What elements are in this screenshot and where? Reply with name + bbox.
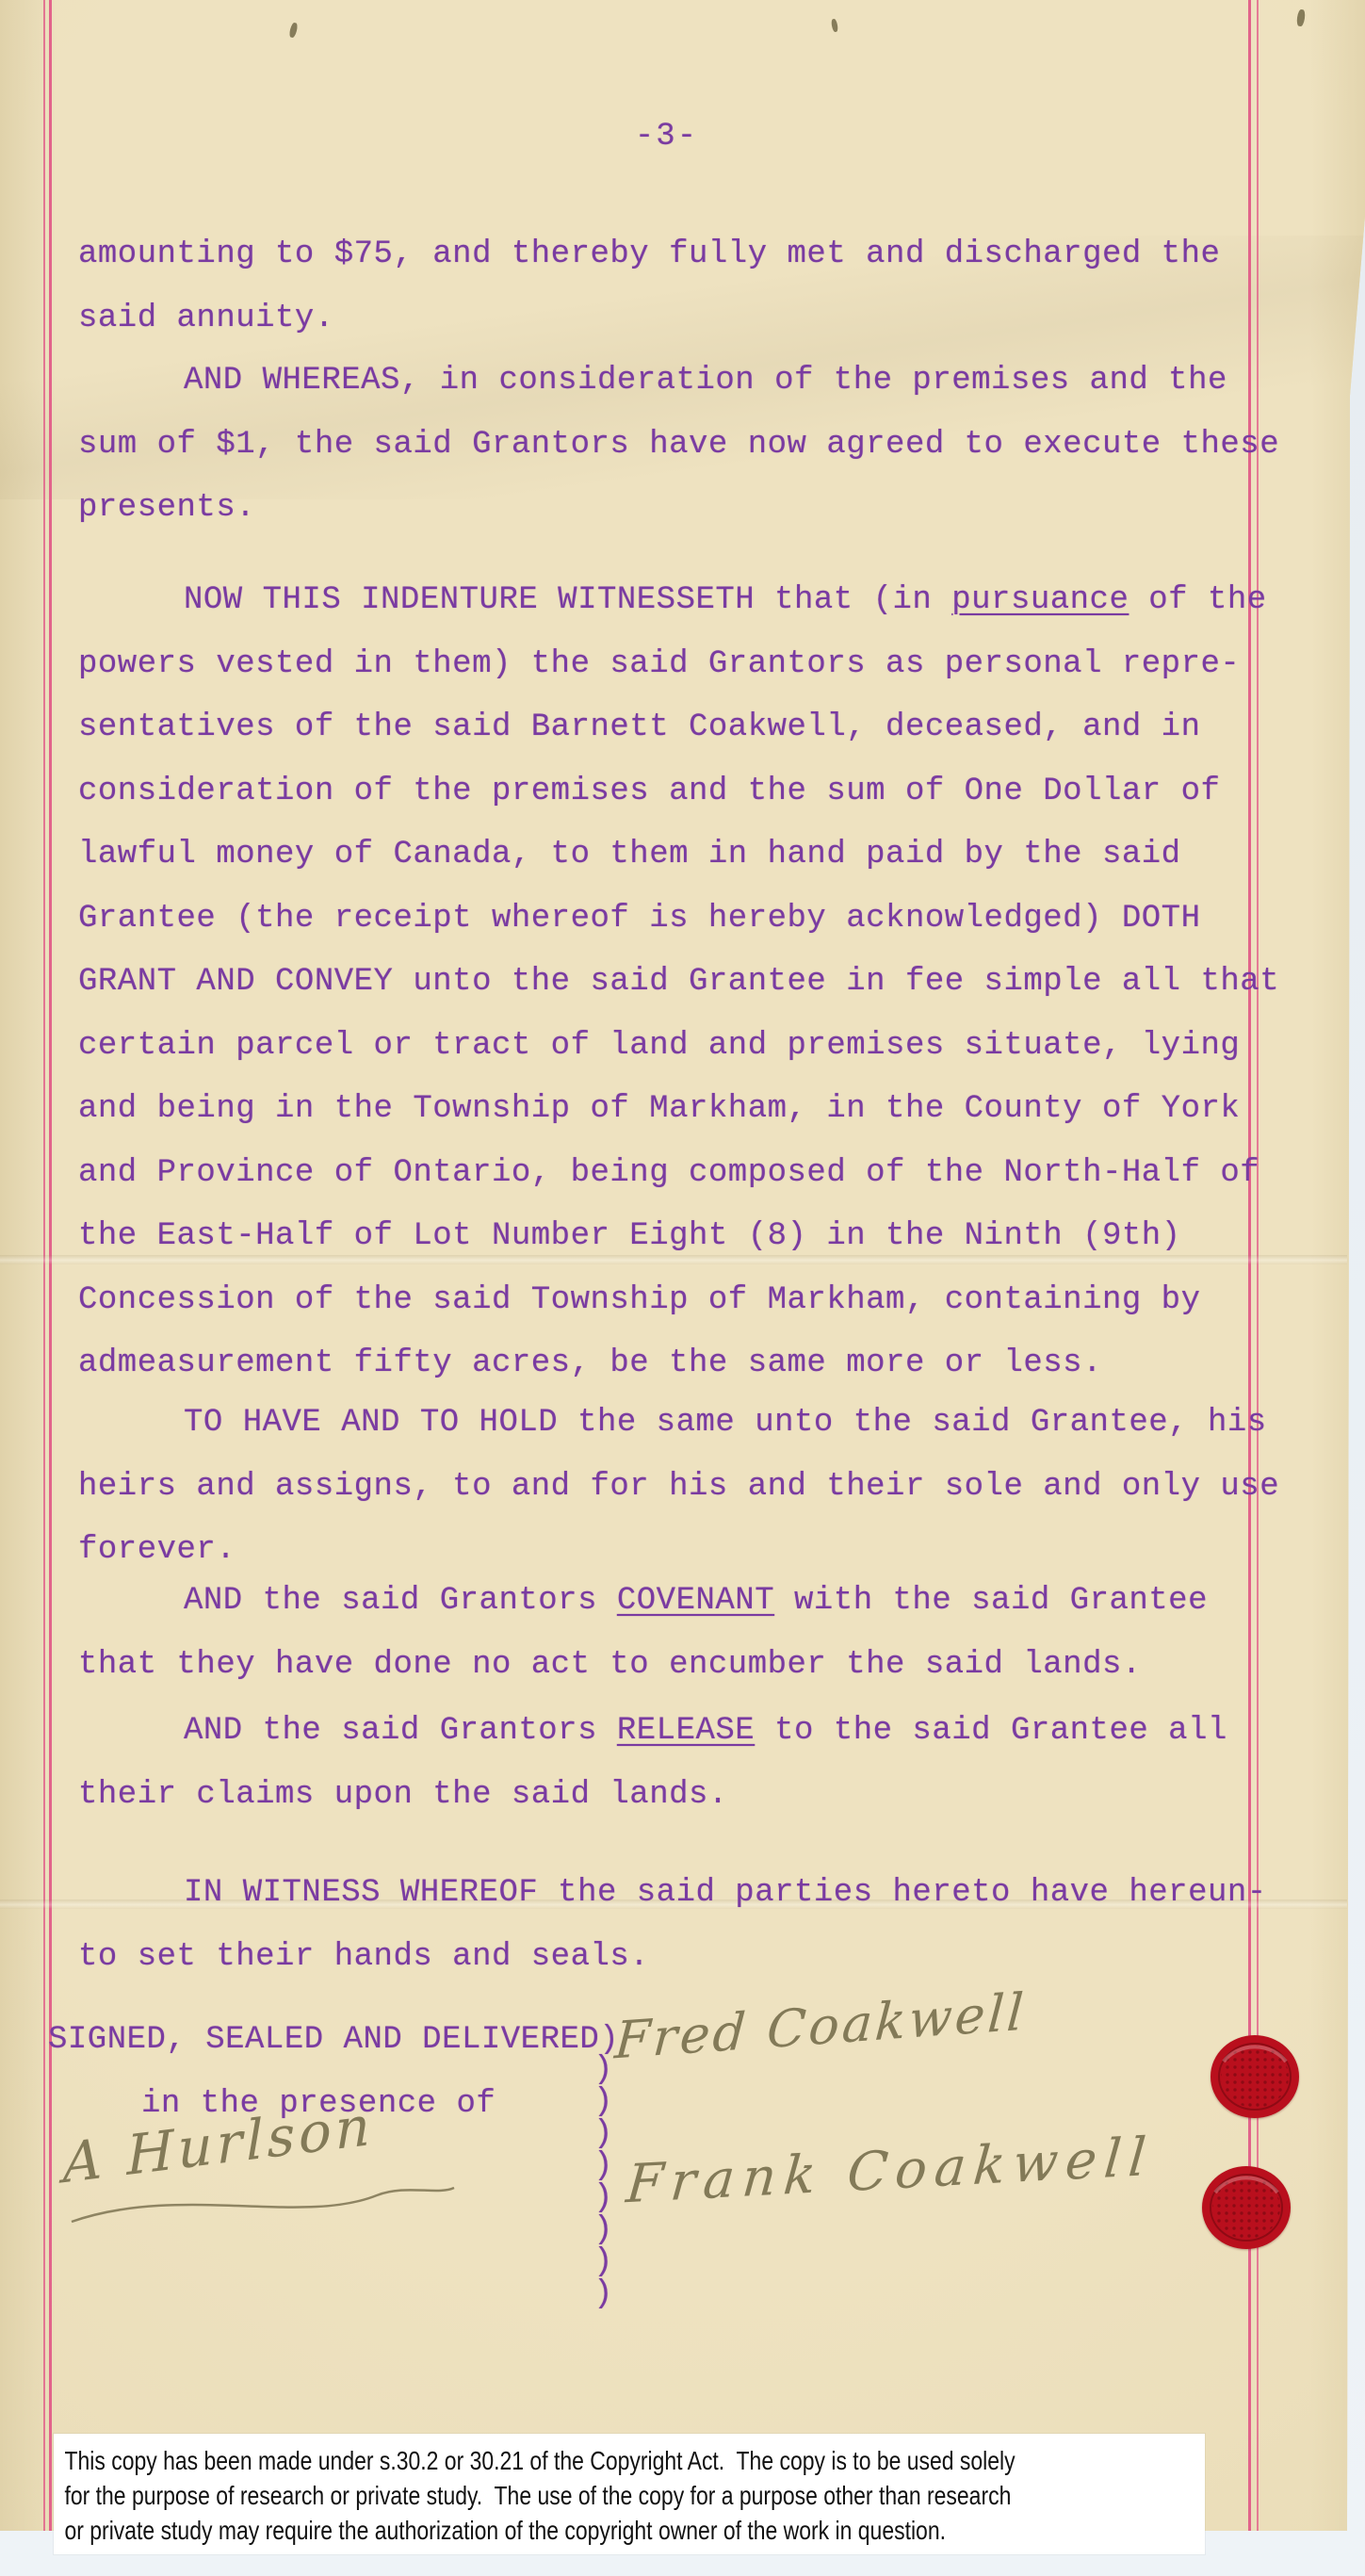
wax-seal-icon <box>1209 2033 1301 2120</box>
paragraph-annuity: amounting to $75, and thereby fully met … <box>78 223 1265 351</box>
paragraph-release: AND the said Grantors RELEASE to the sai… <box>78 1700 1265 1827</box>
document-line: certain parcel or tract of land and prem… <box>78 1015 1265 1079</box>
brace-column: )))))))) <box>593 2054 612 2310</box>
document-line: and Province of Ontario, being composed … <box>78 1142 1265 1206</box>
document-line: sum of $1, the said Grantors have now ag… <box>78 414 1265 478</box>
document-line: TO HAVE AND TO HOLD the same unto the sa… <box>78 1392 1265 1456</box>
document-line: admeasurement fifty acres, be the same m… <box>78 1332 1265 1396</box>
signed-sealed-delivered-line: SIGNED, SEALED AND DELIVERED) <box>48 2022 619 2058</box>
paper-sheet: -3- amounting to $75, and thereby fully … <box>0 0 1365 2531</box>
brace-char: ) <box>593 2246 612 2278</box>
brace-char: ) <box>593 2182 612 2214</box>
paragraph-habendum: TO HAVE AND TO HOLD the same unto the sa… <box>78 1392 1265 1583</box>
brace-char: ) <box>593 2054 612 2086</box>
brace-char: ) <box>593 2086 612 2118</box>
document-line: AND the said Grantors RELEASE to the sai… <box>78 1700 1265 1764</box>
copyright-notice-line: for the purpose of research or private s… <box>64 2478 986 2513</box>
brace-char: ) <box>593 2118 612 2150</box>
document-line: AND the said Grantors COVENANT with the … <box>78 1570 1265 1634</box>
paragraph-witness: IN WITNESS WHEREOF the said parties here… <box>78 1862 1265 1989</box>
document-line: that they have done no act to encumber t… <box>78 1634 1265 1698</box>
document-line: consideration of the premises and the su… <box>78 760 1265 824</box>
document-line: lawful money of Canada, to them in hand … <box>78 823 1265 888</box>
document-line: Concession of the said Township of Markh… <box>78 1269 1265 1333</box>
document-line: amounting to $75, and thereby fully met … <box>78 223 1265 287</box>
brace-char: ) <box>593 2150 612 2182</box>
document-line: Grantee (the receipt whereof is hereby a… <box>78 888 1265 952</box>
paragraph-whereas: AND WHEREAS, in consideration of the pre… <box>78 350 1265 541</box>
paragraph-covenant: AND the said Grantors COVENANT with the … <box>78 1570 1265 1697</box>
document-line: NOW THIS INDENTURE WITNESSETH that (in p… <box>78 569 1265 633</box>
left-margin-rule-inner <box>49 0 52 2531</box>
document-line: said annuity. <box>78 287 1265 351</box>
copyright-notice: This copy has been made under s.30.2 or … <box>54 2434 1205 2554</box>
copyright-notice-line: This copy has been made under s.30.2 or … <box>64 2443 986 2478</box>
document-line: IN WITNESS WHEREOF the said parties here… <box>78 1862 1265 1926</box>
left-margin-rule-outer <box>43 0 45 2531</box>
speck <box>1296 9 1306 27</box>
speck <box>831 19 838 33</box>
document-line: to set their hands and seals. <box>78 1926 1265 1990</box>
document-line: heirs and assigns, to and for his and th… <box>78 1456 1265 1520</box>
wax-seal-icon <box>1200 2164 1292 2251</box>
copyright-notice-line: or private study may require the authori… <box>64 2513 986 2548</box>
brace-char: ) <box>593 2214 612 2246</box>
speck <box>288 22 299 38</box>
grantor-signature-frank: Frank Coakwell <box>624 2127 1156 2216</box>
page-number: -3- <box>85 119 1248 155</box>
document-line: presents. <box>78 477 1265 541</box>
document-line: AND WHEREAS, in consideration of the pre… <box>78 350 1265 414</box>
signature-flourish <box>66 2167 462 2233</box>
copyright-notice-text: This copy has been made under s.30.2 or … <box>54 2434 998 2557</box>
document-line: GRANT AND CONVEY unto the said Grantee i… <box>78 951 1265 1015</box>
paragraph-indenture: NOW THIS INDENTURE WITNESSETH that (in p… <box>78 569 1265 1396</box>
brace-char: ) <box>593 2278 612 2310</box>
grantor-signature-fred: Fred Coakwell <box>613 1981 1029 2070</box>
document-line: powers vested in them) the said Grantors… <box>78 633 1265 697</box>
scanned-page-background: { "page": { "number_label": "-3-" }, "co… <box>0 0 1365 2576</box>
document-line: sentatives of the said Barnett Coakwell,… <box>78 696 1265 760</box>
document-line: and being in the Township of Markham, in… <box>78 1078 1265 1142</box>
document-line: the East-Half of Lot Number Eight (8) in… <box>78 1205 1265 1269</box>
document-line: their claims upon the said lands. <box>78 1764 1265 1828</box>
